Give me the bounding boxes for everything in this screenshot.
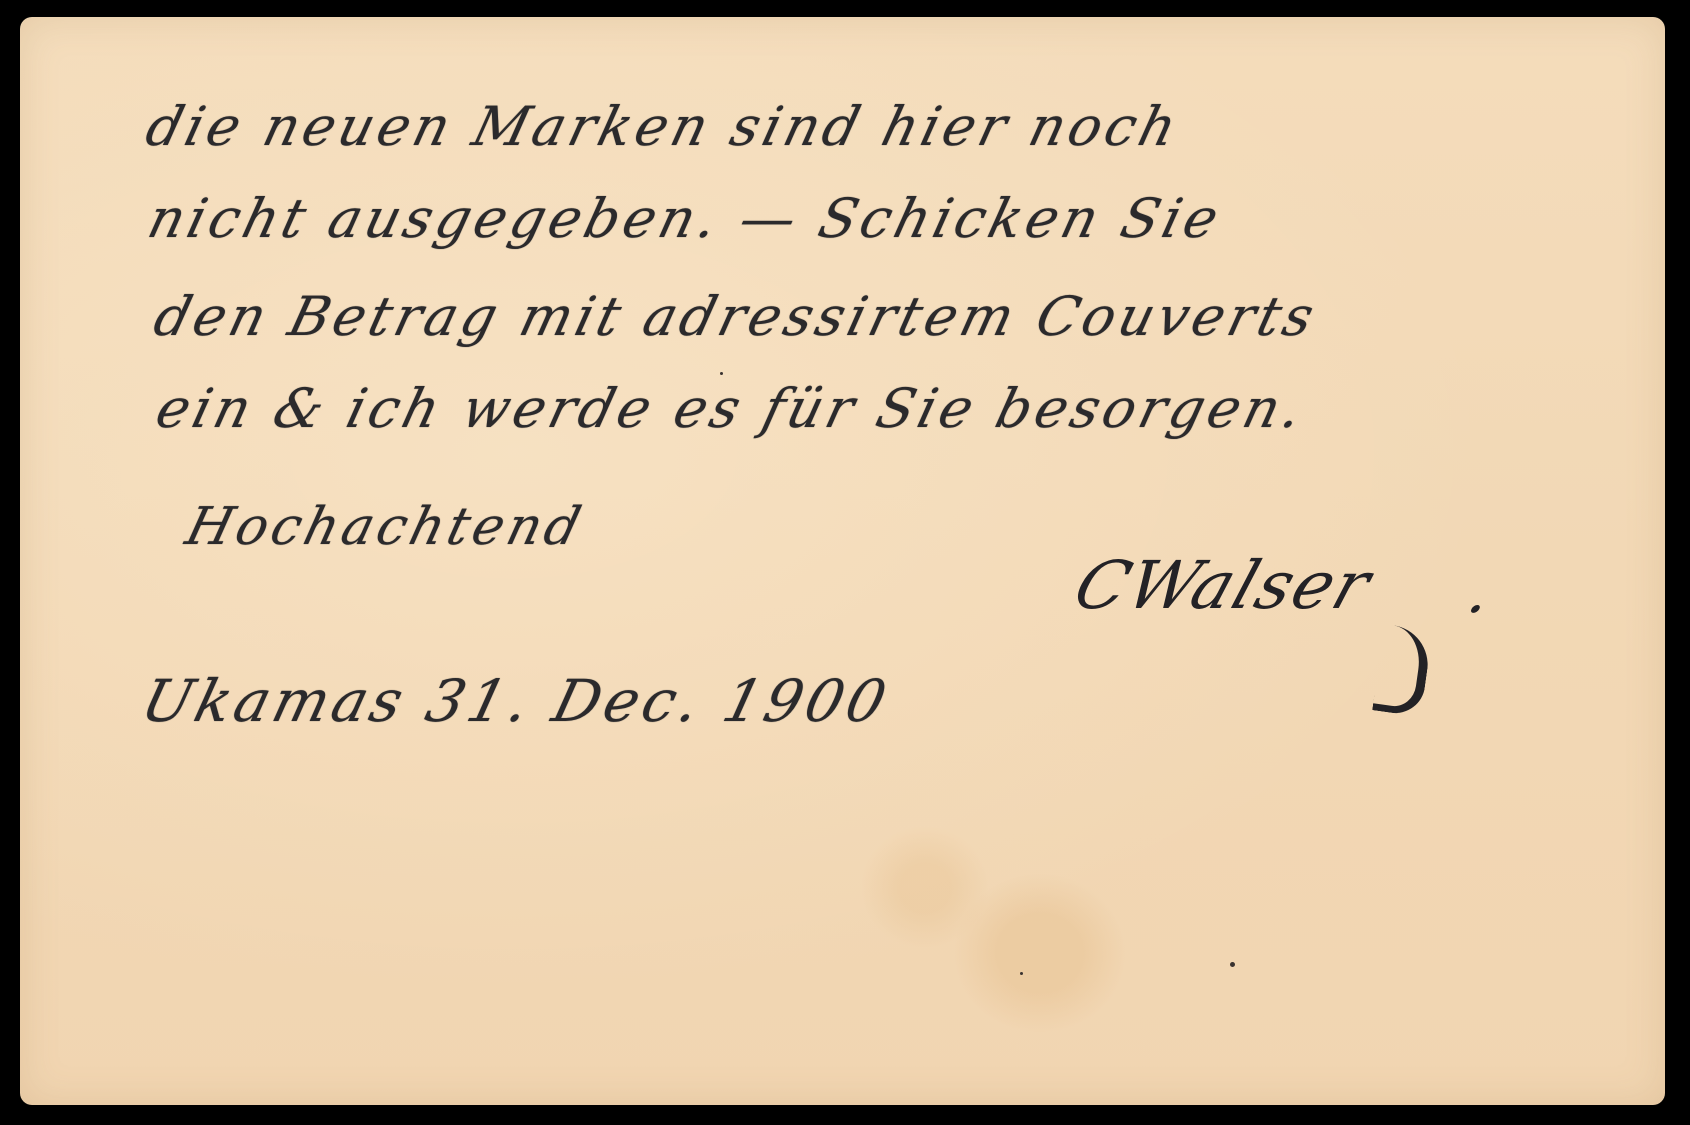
paper-speck xyxy=(1230,962,1235,967)
letter-line-1: die neuen Marken sind hier noch xyxy=(140,95,1187,158)
signature-flourish xyxy=(1372,624,1433,717)
letter-closing: Hochachtend xyxy=(180,497,590,557)
signature-period: . xyxy=(1460,557,1504,627)
postcard: die neuen Marken sind hier noch nicht au… xyxy=(20,17,1665,1105)
paper-speck xyxy=(1020,972,1023,975)
paper-speck xyxy=(720,372,723,375)
letter-line-2: nicht ausgegeben. — Schicken Sie xyxy=(142,187,1229,250)
letter-line-4: ein & ich werde es für Sie besorgen. xyxy=(150,377,1312,440)
letter-line-3: den Betrag mit adressirtem Couverts xyxy=(148,285,1324,348)
place-and-date: Ukamas 31. Dec. 1900 xyxy=(135,667,897,735)
signature: CWalser xyxy=(1065,547,1382,624)
